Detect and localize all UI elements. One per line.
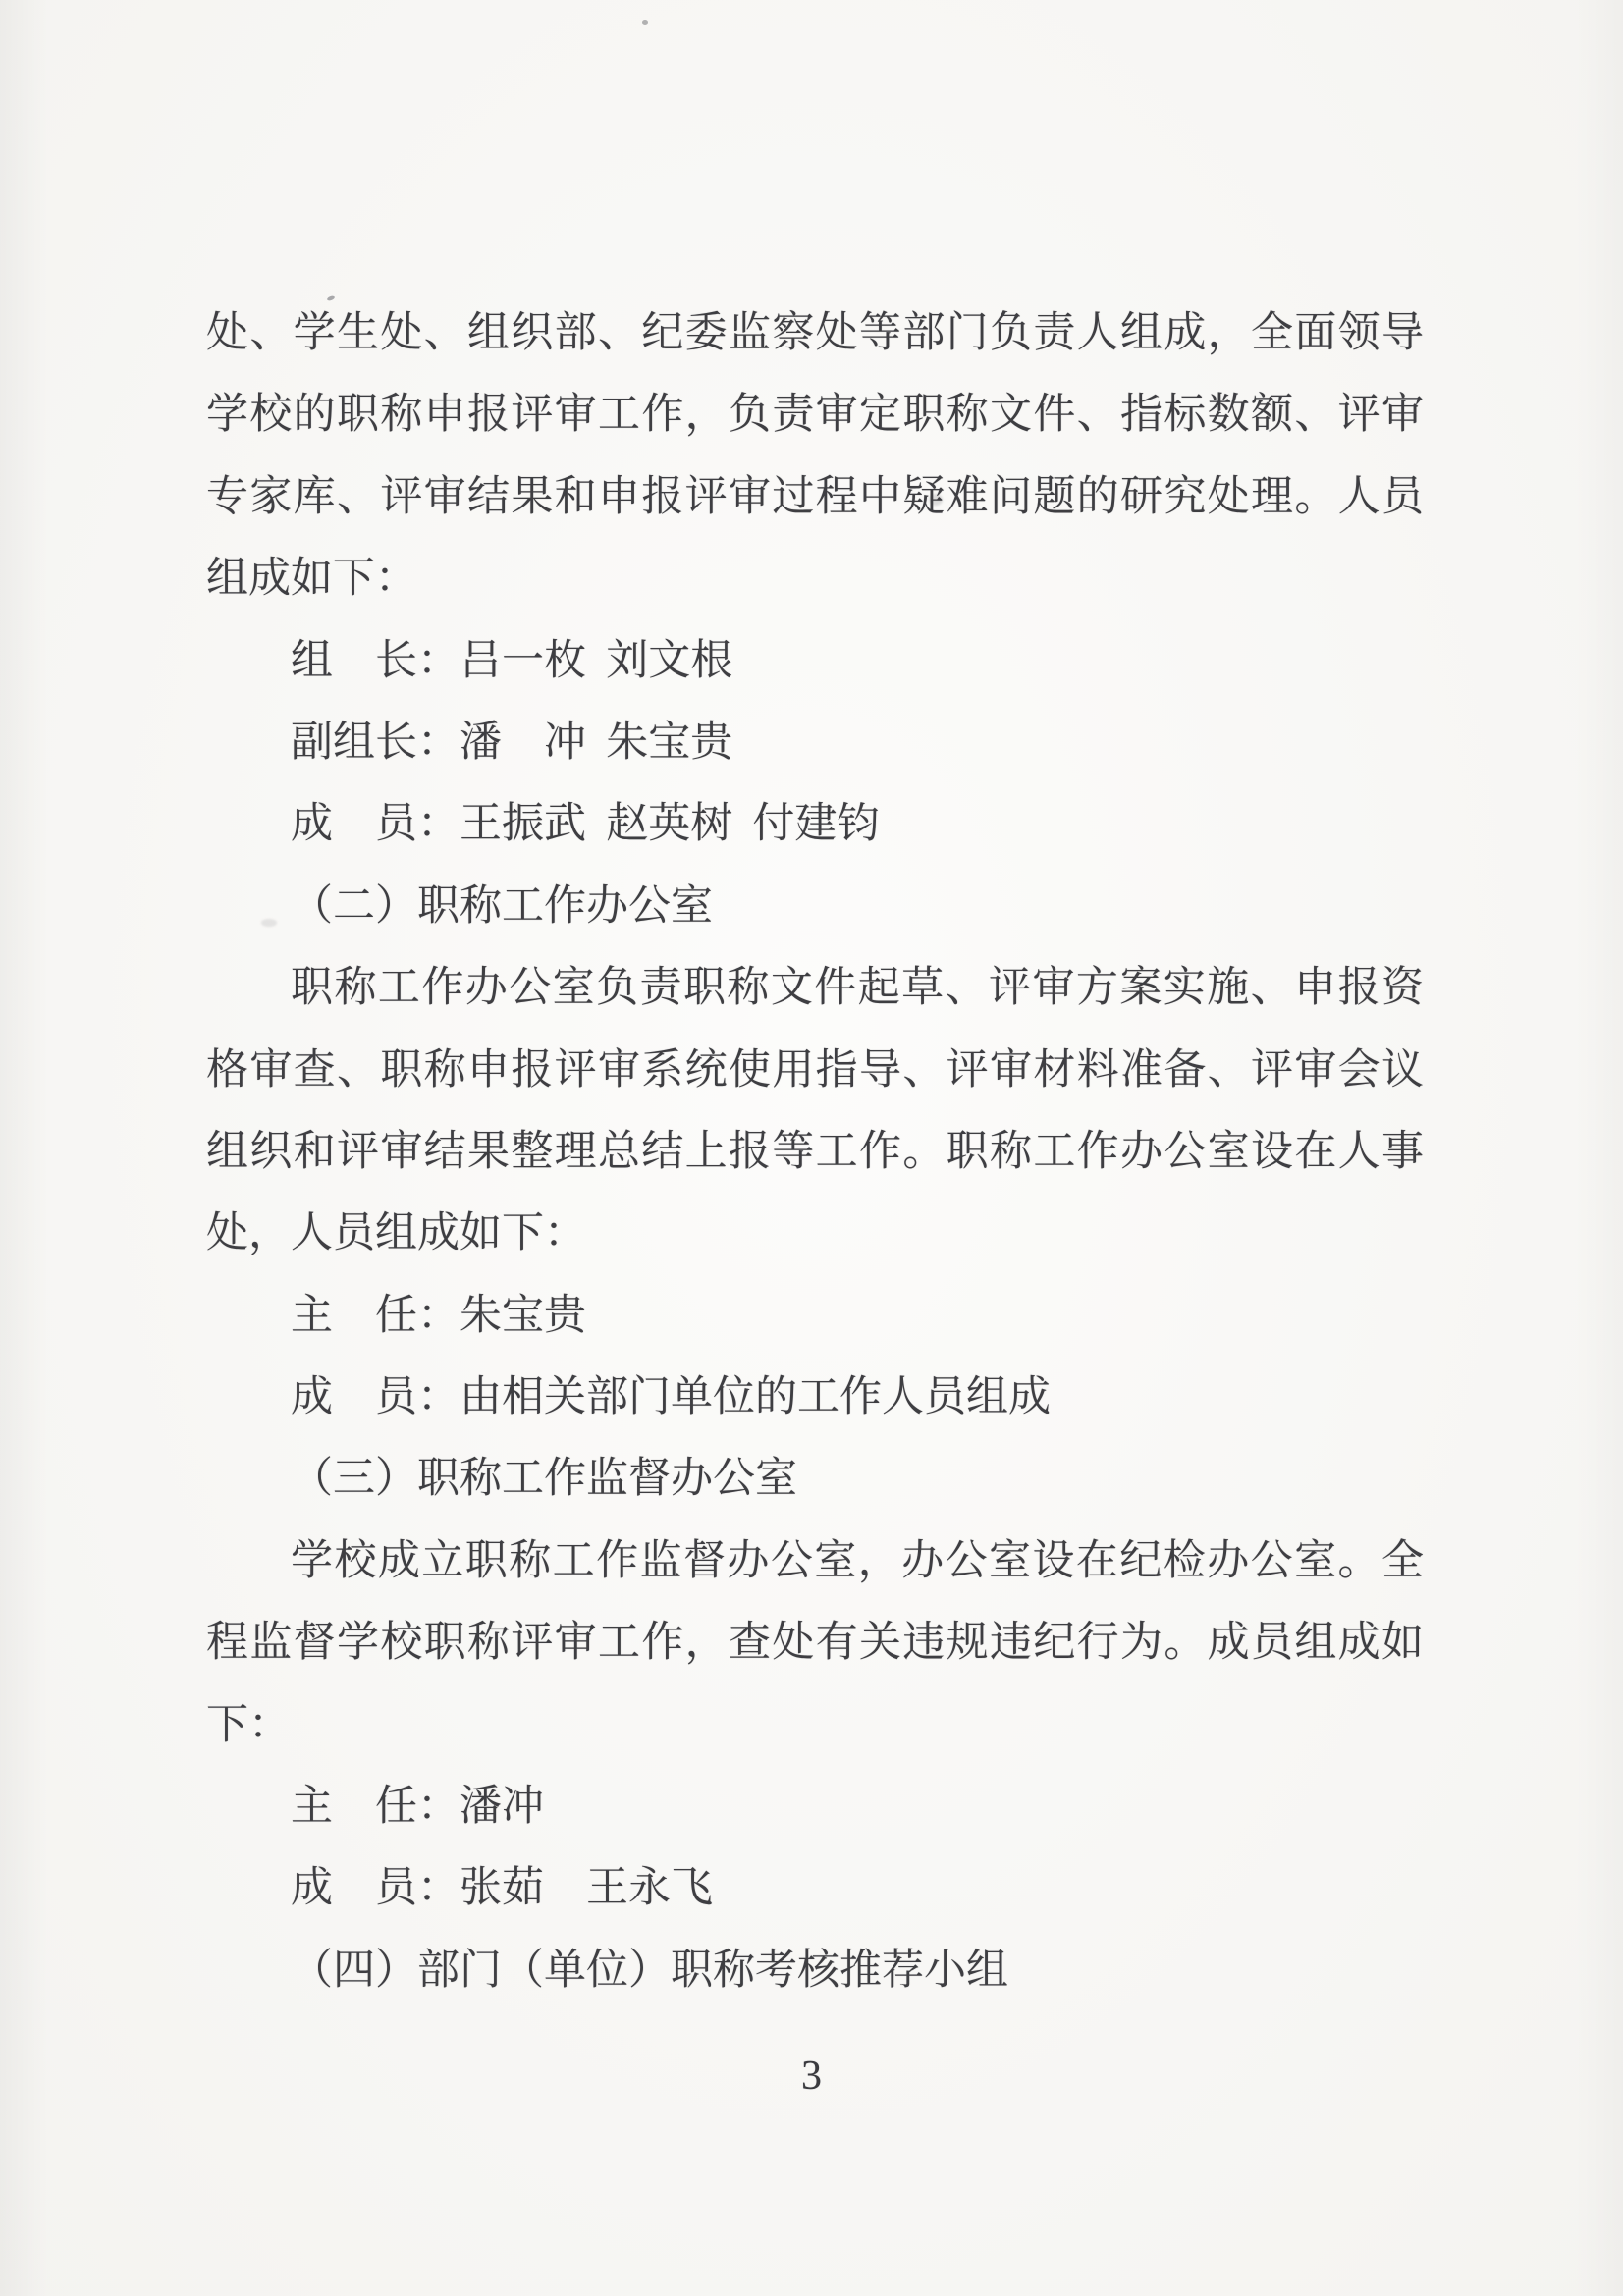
body-line: 组织和评审结果整理总结上报等工作。职称工作办公室设在人事: [206, 1111, 1424, 1193]
page-number: 3: [0, 2047, 1623, 2106]
body-line: 学校的职称申报评审工作，负责审定职称文件、指标数额、评审: [206, 374, 1424, 455]
roster-line: 主 任：潘冲: [206, 1766, 1424, 1847]
body-line: 组成如下：: [206, 538, 1424, 619]
roster-line: 副组长：潘 冲 朱宝贵: [206, 702, 1424, 783]
section-heading: （三）职称工作监督办公室: [206, 1438, 1424, 1520]
body-line: 学校成立职称工作监督办公室，办公室设在纪检办公室。全: [206, 1521, 1424, 1602]
roster-line: 成 员：张茹 王永飞: [206, 1847, 1424, 1929]
body-line: 专家库、评审结果和申报评审过程中疑难问题的研究处理。人员: [206, 456, 1424, 538]
document-text-block: 处、学生处、组织部、纪委监察处等部门负责人组成，全面领导 学校的职称申报评审工作…: [206, 293, 1424, 2011]
scanned-document-page: 处、学生处、组织部、纪委监察处等部门负责人组成，全面领导 学校的职称申报评审工作…: [0, 0, 1623, 2296]
roster-line: 主 任：朱宝贵: [206, 1275, 1424, 1357]
body-line: 下：: [206, 1684, 1424, 1766]
roster-line: 成 员：王振武 赵英树 付建钧: [206, 783, 1424, 865]
section-heading: （二）职称工作办公室: [206, 866, 1424, 947]
body-line: 格审查、职称申报评审系统使用指导、评审材料准备、评审会议: [206, 1030, 1424, 1111]
body-line: 程监督学校职称评审工作，查处有关违规违纪行为。成员组成如: [206, 1602, 1424, 1683]
body-line: 处，人员组成如下：: [206, 1193, 1424, 1274]
section-heading: （四）部门（单位）职称考核推荐小组: [206, 1930, 1424, 2011]
body-line: 职称工作办公室负责职称文件起草、评审方案实施、申报资: [206, 947, 1424, 1029]
roster-line: 组 长：吕一枚 刘文根: [206, 620, 1424, 702]
body-line: 处、学生处、组织部、纪委监察处等部门负责人组成，全面领导: [206, 293, 1424, 374]
roster-line: 成 员：由相关部门单位的工作人员组成: [206, 1357, 1424, 1438]
scan-speck: [642, 20, 648, 25]
